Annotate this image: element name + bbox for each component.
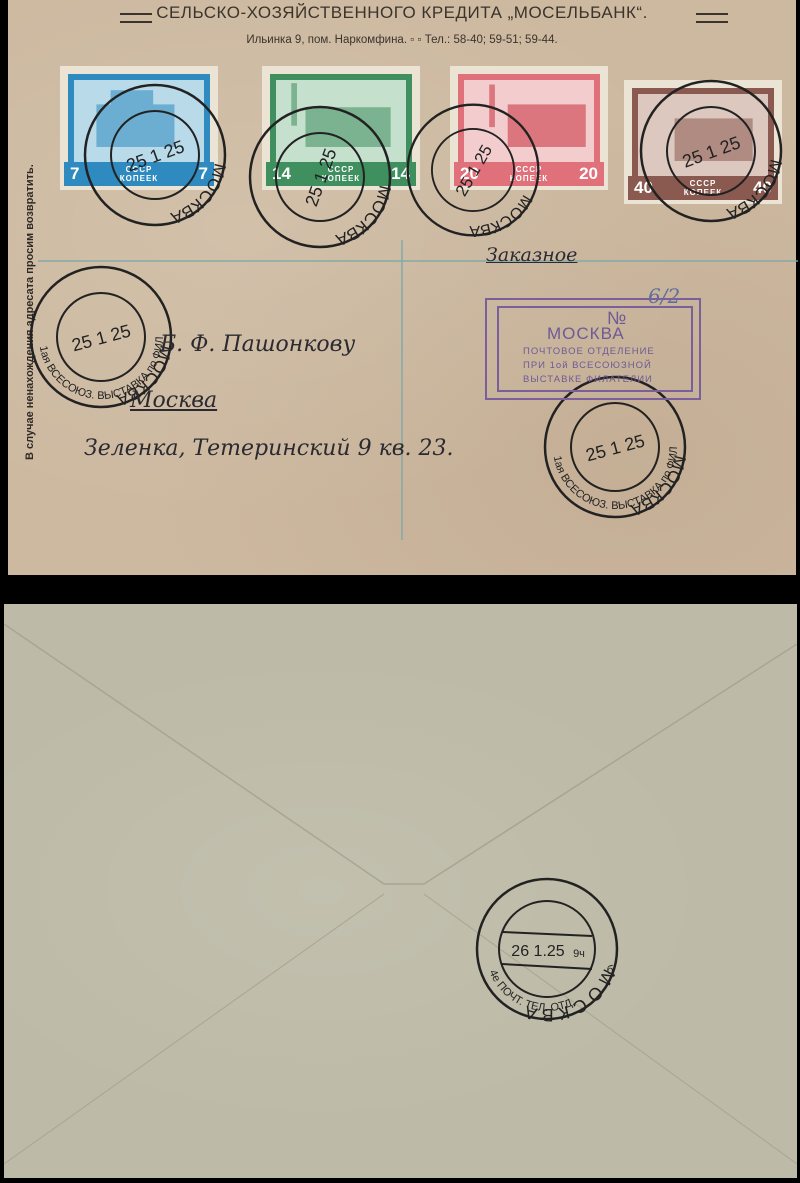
svg-text:25 1 25: 25 1 25 xyxy=(584,431,647,466)
svg-text:25 1 25: 25 1 25 xyxy=(124,136,187,175)
svg-text:4е ПОЧТ. ТЕЛ. ОТД.: 4е ПОЧТ. ТЕЛ. ОТД. xyxy=(487,968,577,1014)
envelope-back: МОСКВА 4е ПОЧТ. ТЕЛ. ОТД. 26 1.25 9ч б xyxy=(4,604,797,1178)
registration-line-3: ВЫСТАВКЕ ФИЛАТЕЛИИ xyxy=(523,374,653,385)
registration-box: № МОСКВА ПОЧТОВОЕ ОТДЕЛЕНИЕ ПРИ 1ой ВСЕС… xyxy=(485,298,701,400)
svg-text:26 1.25: 26 1.25 xyxy=(511,943,564,960)
registration-line-2: ПРИ 1ой ВСЕСОЮЗНОЙ xyxy=(523,360,652,371)
postmark: МОСКВА 25 1 25 xyxy=(636,76,786,226)
svg-text:25 1 25: 25 1 25 xyxy=(452,142,496,200)
svg-text:9ч: 9ч xyxy=(573,948,585,960)
header-dash-right xyxy=(696,13,728,23)
recipient-street: Зеленка, Тетеринский 9 кв. 23. xyxy=(84,436,454,461)
envelope-front: СЕЛЬСКО-ХОЗЯЙСТВЕННОГО КРЕДИТА „МОСЕЛЬБА… xyxy=(8,0,796,575)
postmark: МОСКВА 25 1 25 xyxy=(245,102,395,252)
svg-text:МОСКВА: МОСКВА xyxy=(168,162,230,228)
svg-text:б: б xyxy=(607,963,614,977)
ruled-line xyxy=(401,240,403,540)
stamp-value-left: 7 xyxy=(70,164,79,184)
stamp-value-right: 20 xyxy=(579,164,598,184)
postmark: МОСКВА 25 1 25 xyxy=(403,100,543,240)
recipient-city: Москва xyxy=(130,388,217,413)
registration-city: МОСКВА xyxy=(547,324,625,344)
letterhead-title: СЕЛЬСКО-ХОЗЯЙСТВЕННОГО КРЕДИТА „МОСЕЛЬБА… xyxy=(8,3,796,23)
svg-text:25 1 25: 25 1 25 xyxy=(680,132,743,171)
envelope-flap-lines xyxy=(4,604,797,1178)
postmark-arrival: МОСКВА 4е ПОЧТ. ТЕЛ. ОТД. 26 1.25 9ч б xyxy=(472,874,622,1024)
postmark: МОСКВА 25 1 25 xyxy=(80,80,230,230)
svg-text:25 1 25: 25 1 25 xyxy=(301,146,340,209)
svg-text:МОСКВА: МОСКВА xyxy=(724,158,786,224)
svg-text:МОСКВА: МОСКВА xyxy=(333,184,395,250)
letterhead-address: Ильинка 9, пом. Наркомфина. ▫ ▫ Тел.: 58… xyxy=(8,34,796,46)
svg-text:25 1 25: 25 1 25 xyxy=(70,321,133,356)
registration-line-1: ПОЧТОВОЕ ОТДЕЛЕНИЕ xyxy=(523,346,655,357)
registered-label: Заказное xyxy=(486,244,577,266)
recipient-name: Б. Ф. Пашонкову xyxy=(160,332,355,357)
